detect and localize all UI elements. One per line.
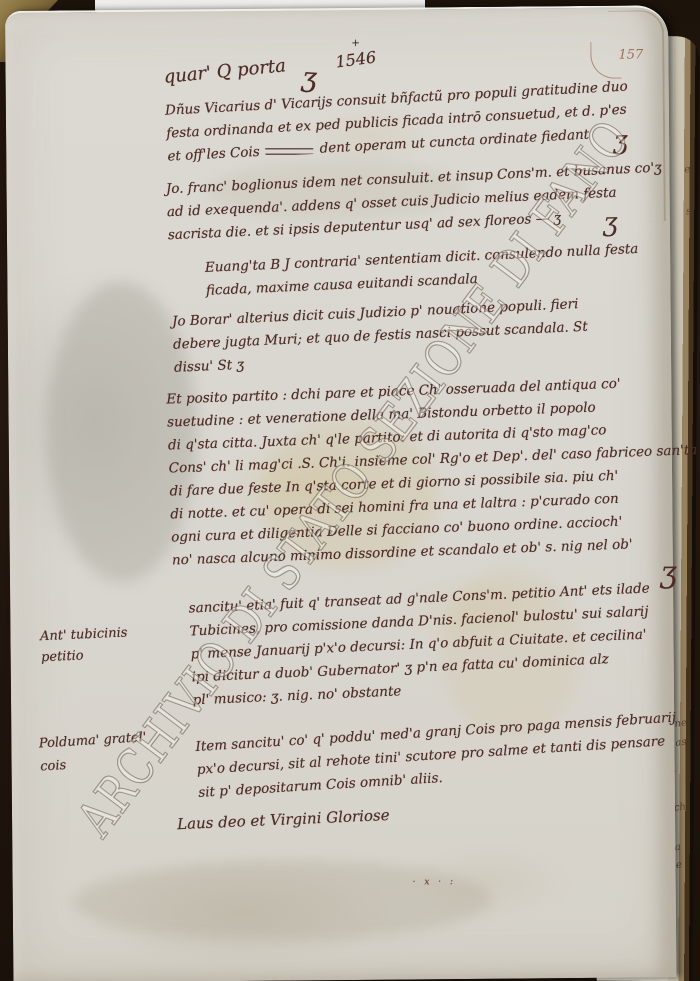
paragraph-end-flourish: ʒ <box>603 208 618 238</box>
paragraph-end-flourish: ʒ <box>660 555 677 590</box>
folio-number: 157 <box>618 47 643 62</box>
year-date: 1546 <box>334 47 377 71</box>
margin-note-line: Ant' tubicinis <box>40 622 128 647</box>
margin-note-tubicinis: Ant' tubicinis petitio <box>40 622 129 668</box>
folio-bracket-flourish <box>590 42 621 79</box>
line-segment: et off'les Cois <box>167 144 260 165</box>
closing-doxology: Laus deo et Virgini Gloriose <box>177 806 390 833</box>
next-page-text-fragment: ch <box>673 802 686 814</box>
scratched-out-word <box>265 144 313 156</box>
show-through-smudge <box>72 859 493 943</box>
entry-paragraph-6: sancitu' etia' fuit q' transeat ad g'nal… <box>188 577 654 712</box>
entry-paragraph-4: Jo Borar' alterius dicit cuis Judizio p'… <box>172 293 590 380</box>
ink-dots: · x · : <box>413 877 457 887</box>
heading-text: quar' Q porta <box>163 55 287 88</box>
entry-paragraph-5: Et posito partito : dchi pare et piace C… <box>166 370 700 572</box>
paragraph-end-flourish: ʒ <box>613 126 628 156</box>
invocation-cross: + <box>351 38 359 49</box>
margin-note-line: petitio <box>41 643 129 668</box>
next-page-text-fragment: s <box>685 206 691 218</box>
manuscript-page: quar' Q porta ʒ + 1546 157 Dñus Vicarius… <box>5 5 676 981</box>
heading-flourish: ʒ <box>301 62 318 94</box>
entry-paragraph-7: Item sancitu' co' q' poddu' med'a granj … <box>195 707 680 805</box>
margin-note-polidamus: Polduma' gratel' cois <box>38 727 148 775</box>
next-page-text-fragment: e <box>684 164 691 176</box>
